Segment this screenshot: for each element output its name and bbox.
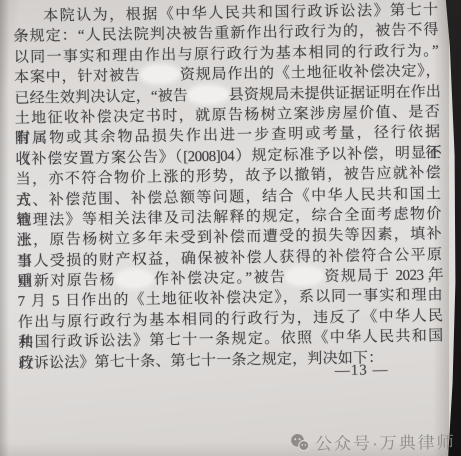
redaction-blob (189, 86, 227, 102)
redaction-blob (287, 268, 321, 284)
redaction-blob (142, 67, 178, 83)
text-segment: 已经生效判决认定，“被告 (14, 88, 188, 107)
text-segment: 作补偿决定。”被告 (152, 270, 287, 288)
paper-left-shadow (0, 0, 9, 456)
text-segment: 县资规局未提供证据证明在作出 (228, 84, 441, 103)
document-photo: 本院认为，根据《中华人民共和国行政诉讼法》第七十一条规定：“人民法院判决被告重新… (0, 0, 461, 456)
wechat-icon (290, 432, 310, 452)
text-segment: 资规局于 2023 年 (322, 267, 443, 285)
judgment-body-text: 本院认为，根据《中华人民共和国行政诉讼法》第七十一条规定：“人民法院判决被告重新… (13, 0, 445, 386)
text-segment: 本案中，针对被告 (14, 68, 141, 86)
text-segment: 资规局作出的《土地征收补偿决定》， (179, 63, 441, 83)
watermark: 公众号·万典律师 (290, 428, 456, 455)
redaction-blob (117, 271, 151, 287)
text-segment: 政诉讼法》第七十条、第七十一条之规定，判决如下： (18, 350, 383, 372)
text-segment: 重新对原告杨 (17, 272, 116, 290)
watermark-label: 公众号·万典律师 (315, 428, 456, 454)
